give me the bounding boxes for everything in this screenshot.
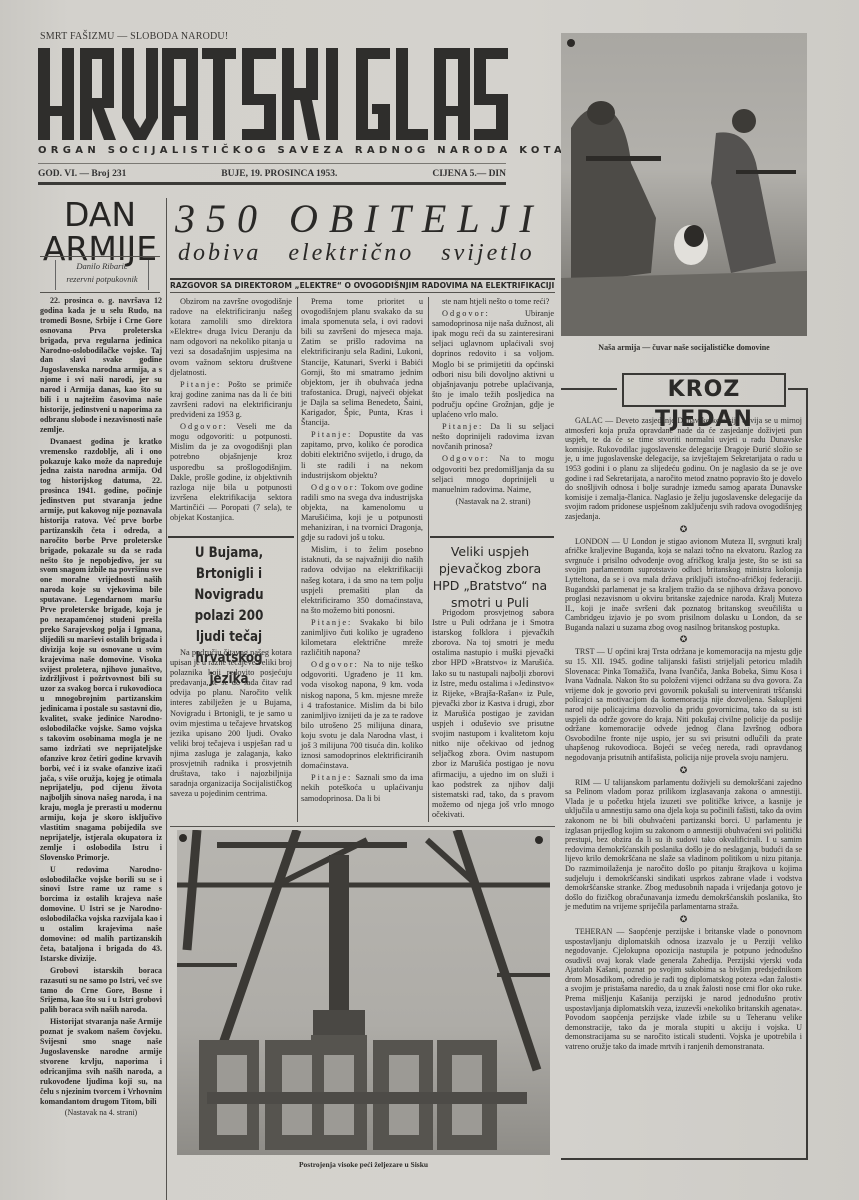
author-name: Danilo Ribarić <box>56 260 148 273</box>
answer: Odgovor: Ubiranje samodoprinosa nije naš… <box>432 309 554 420</box>
soldiers-dog-illustration-icon <box>561 33 807 336</box>
news-place: LONDON — <box>575 537 620 546</box>
divider <box>788 388 806 390</box>
divider <box>170 826 555 827</box>
paragraph: Obzirom na završne ovogodišnje radove na… <box>170 297 292 378</box>
news-item: GALAC — Deveto zasjedanje Dunavske komis… <box>565 416 802 522</box>
interview-column-1: Obzirom na završne ovogodišnje radove na… <box>170 297 292 533</box>
kroz-tjedan-heading: KROZ TJEDAN <box>622 373 786 407</box>
paragraph: Prema tome prioritet u ovogodišnjem plan… <box>301 297 423 428</box>
question: Pitanje: Da li su seljaci nešto doprinij… <box>432 422 554 452</box>
masthead-blocky-letters-icon <box>38 48 508 140</box>
divider <box>430 536 554 538</box>
qa-label: Pitanje: <box>311 773 352 782</box>
news-text: Deveto zasjedanje Dunavske komisije odvi… <box>565 416 802 521</box>
paragraph-text: Prema tome prioritet u ovogodišnjem plan… <box>301 297 423 427</box>
blast-furnace-photo <box>177 830 550 1155</box>
continued-note: (Nastavak na 4. strani) <box>40 1108 162 1118</box>
qa-text: Veseli me da mogu odgovoriti: u potpunos… <box>170 422 292 522</box>
question: Pitanje: Svakako bi bilo zanimljivo čuti… <box>301 618 423 658</box>
news-text: Saopćenje perzijske i britanske vlade o … <box>565 927 802 1051</box>
divider <box>561 388 617 390</box>
qa-label: Odgovor: <box>442 309 490 318</box>
qa-label: Odgovor: <box>311 660 359 669</box>
answer: Odgovor: Veseli me da mogu odgovoriti: u… <box>170 422 292 523</box>
army-photo <box>561 33 807 336</box>
paragraph: Grobovi istarskih boraca razasuti su ne … <box>40 966 162 1016</box>
news-item: RIM — U talijanskom parlamentu doživjeli… <box>565 778 802 912</box>
price: CIJENA 5.— DIN <box>432 169 506 179</box>
paragraph-text: ste nam htjeli nešto o tome reći? <box>442 297 549 306</box>
column-rule <box>166 198 167 1200</box>
dan-armije-body: 22. prosinca o. g. navršava 12 godina ka… <box>40 296 162 1186</box>
paragraph: Mislim, i to želim posebno istaknuti, da… <box>301 545 423 616</box>
divider <box>40 256 160 257</box>
continued-note: (Nastavak na 2. strani) <box>432 497 554 507</box>
news-item: LONDON — U London je stigao avionom Mute… <box>565 537 802 633</box>
divider <box>40 292 160 293</box>
divider <box>38 182 506 185</box>
column-rule <box>297 297 298 822</box>
paragraph: Prigodom prosvjetnog sabora Istre u Puli… <box>432 608 554 820</box>
qa-label: Odgovor: <box>311 483 359 492</box>
news-place: RIM — <box>575 778 601 787</box>
column-rule <box>428 297 429 822</box>
paragraph: U redovima Narodno-oslobodilačke vojske … <box>40 865 162 964</box>
headline-line-1: DAN <box>40 198 160 232</box>
box-border <box>561 1158 808 1160</box>
masthead-subtitle: ORGAN SOCIJALISTIČKOG SAVEZA RADNOG NARO… <box>38 145 506 156</box>
separator-star-icon: ✪ <box>565 765 802 776</box>
paragraph: ste nam htjeli nešto o tome reći? <box>432 297 554 307</box>
veliki-uspjeh-headline: Veliki uspjeh pjevačkog zbora HPD „Brats… <box>430 543 550 611</box>
qa-label: Pitanje: <box>180 380 221 389</box>
paragraph: 22. prosinca o. g. navršava 12 godina ka… <box>40 296 162 435</box>
interview-column-2: Prema tome prioritet u ovogodišnjem plan… <box>301 297 423 822</box>
question: Pitanje: Dopustite da vas zapitamo, prvo… <box>301 430 423 480</box>
masthead-logo <box>38 48 508 140</box>
question: Pitanje: Saznali smo da ima nekih potešk… <box>301 773 423 803</box>
bujama-body: Na području čitavog našeg kotara upisan … <box>170 648 292 820</box>
box-border <box>806 388 808 1158</box>
news-text: U općini kraj Trsta održana je komemorac… <box>565 647 802 762</box>
news-place: TRST — <box>575 647 605 656</box>
byline: Danilo Ribarić rezervni potpukovnik <box>55 260 149 290</box>
kroz-tjedan-body: GALAC — Deveto zasjedanje Dunavske komis… <box>565 416 802 1158</box>
separator-star-icon: ✪ <box>565 524 802 535</box>
divider <box>170 278 555 280</box>
paragraph: Na području čitavog našeg kotara upisan … <box>170 648 292 799</box>
answer: Odgovor: Na to nije teško odgovoriti. Ug… <box>301 660 423 771</box>
350-obitelji-subheadline: dobiva električno svijetlo <box>178 240 558 267</box>
divider <box>168 536 294 538</box>
slogan: SMRT FAŠIZMU — SLOBODA NARODU! <box>40 31 228 42</box>
news-place: GALAC — <box>575 416 613 425</box>
qa-label: Pitanje: <box>442 422 483 431</box>
newspaper-page: SMRT FAŠIZMU — SLOBODA NARODU! <box>0 0 859 1200</box>
author-rank: rezervni potpukovnik <box>56 273 148 286</box>
qa-label: Pitanje: <box>311 618 352 627</box>
answer: Odgovor: Na to mogu odgovoriti bez predo… <box>432 454 554 494</box>
news-item: TEHERAN — Saopćenje perzijske i britansk… <box>565 927 802 1052</box>
news-text: U talijanskom parlamentu doživjeli su de… <box>565 778 802 912</box>
350-obitelji-headline: 350 OBITELJI <box>175 198 555 240</box>
qa-label: Odgovor: <box>180 422 228 431</box>
qa-label: Pitanje: <box>311 430 352 439</box>
question: Pitanje: Pošto se primiče kraj godine za… <box>170 380 292 420</box>
news-text: U London je stigao avionom Muteza II, sv… <box>565 537 802 632</box>
interview-subheading: RAZGOVOR SA DIREKTOROM „ELEKTRE“ O OVOGO… <box>170 281 555 290</box>
paragraph-text: Mislim, i to želim posebno istaknuti, da… <box>301 545 423 615</box>
qa-text: Ubiranje samodoprinosa nije naša dužnost… <box>432 309 554 419</box>
plant-photo-caption: Postrojenja visoke peći željezare u Sisk… <box>177 1160 550 1169</box>
divider <box>38 163 506 164</box>
paragraph: Dvanaest godina je kratko vremensko razd… <box>40 437 162 863</box>
paragraph-text: Obzirom na završne ovogodišnje radove na… <box>170 297 292 377</box>
qa-label: Odgovor: <box>442 454 490 463</box>
industrial-plant-illustration-icon <box>177 830 550 1155</box>
news-item: TRST — U općini kraj Trsta održana je ko… <box>565 647 802 762</box>
news-place: TEHERAN — <box>575 927 624 936</box>
paragraph: Historijat stvaranja naše Armije poznat … <box>40 1017 162 1106</box>
issue-line: GOD. VI. — Broj 231 BUJE, 19. PROSINCA 1… <box>38 169 506 179</box>
dateline: BUJE, 19. PROSINCA 1953. <box>221 169 337 179</box>
interview-column-3: ste nam htjeli nešto o tome reći? Odgovo… <box>432 297 554 533</box>
issue-number: GOD. VI. — Broj 231 <box>38 169 126 179</box>
answer: Odgovor: Tokom ove godine radili smo na … <box>301 483 423 544</box>
qa-text: Na to nije teško odgovoriti. Ugrađeno je… <box>301 660 423 770</box>
divider <box>170 292 555 293</box>
army-photo-caption: Naša armija — čuvar naše socijalističke … <box>561 343 807 352</box>
separator-star-icon: ✪ <box>565 914 802 925</box>
separator-star-icon: ✪ <box>565 634 802 645</box>
veliki-uspjeh-body: Prigodom prosvjetnog sabora Istre u Puli… <box>432 608 554 822</box>
